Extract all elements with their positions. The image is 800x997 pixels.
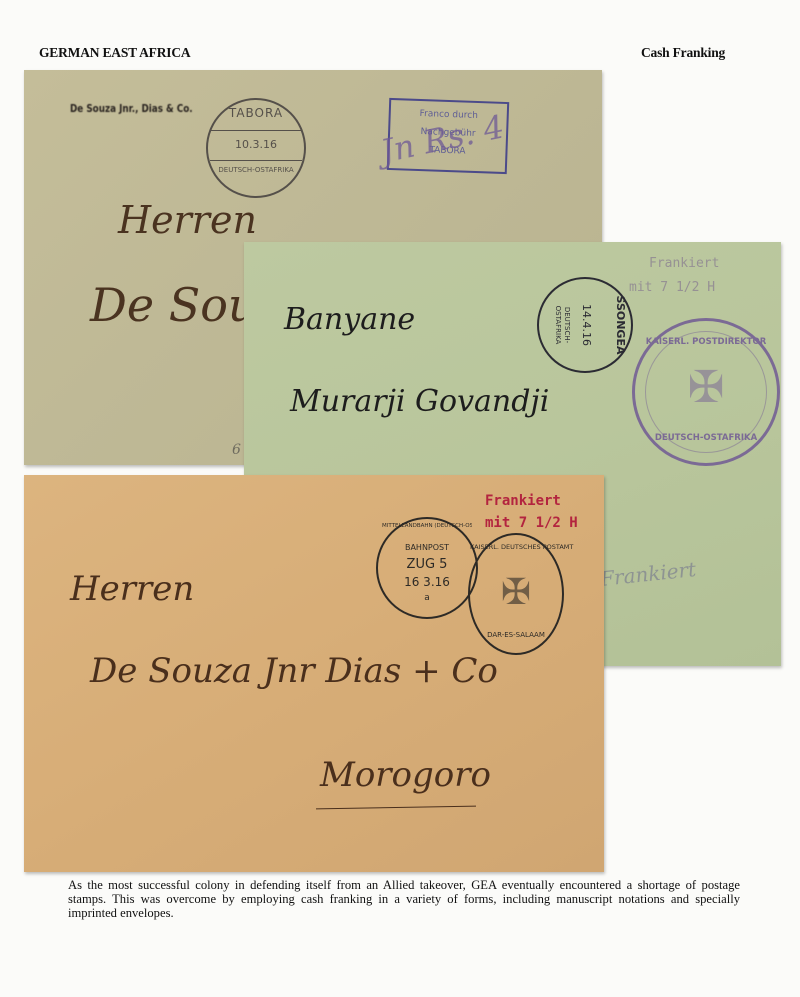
pencil-notation: Frankiert <box>599 557 697 591</box>
sender-imprint: De Souza Jnr., Dias & Co. <box>70 102 193 115</box>
seal-postamt: KAISERL. DEUTSCHES POSTAMT ✠ DAR-ES-SALA… <box>468 533 564 655</box>
railway-postmark: BAHNPOST ZUG 5 16 3.16 a MITTELLANDBAHN … <box>376 517 478 619</box>
envelope-dar-es-salaam: Frankiert mit 7 1/2 H BAHNPOST ZUG 5 16 … <box>24 475 604 872</box>
postmark-ssongea: SSONGEA 14.4.16 DEUTSCH-OSTAFRIKA <box>537 277 633 373</box>
address-line-1: Banyane <box>284 302 415 337</box>
corner-note: 6 <box>232 442 241 458</box>
frankiert-cachet-faint: Frankiert <box>649 256 719 271</box>
address-line-2: De Souza Jnr Dias + Co <box>90 651 498 691</box>
address-line-1: Herren <box>118 198 257 242</box>
eagle-icon: ✠ <box>496 567 536 617</box>
eagle-icon: ✠ <box>681 359 731 417</box>
frankiert-cachet: Frankiert <box>485 493 561 509</box>
address-line-3: Morogoro <box>320 755 491 795</box>
page-header-left: GERMAN EAST AFRICA <box>39 45 190 61</box>
underline <box>316 806 476 810</box>
address-line-1: Herren <box>70 569 194 609</box>
seal-postdirektor: KAISERL. POSTDIREKTOR ✠ DEUTSCH-OSTAFRIK… <box>632 318 780 466</box>
rate-cachet: mit 7 1/2 H <box>485 515 578 531</box>
rate-cachet-faint: mit 7 1/2 H <box>629 280 715 295</box>
page-header-right: Cash Franking <box>641 45 725 61</box>
address-line-2: Murarji Govandji <box>290 384 549 419</box>
caption: As the most successful colony in defendi… <box>68 878 740 920</box>
postmark-tabora: TABORA 10.3.16 DEUTSCH-OSTAFRIKA <box>206 98 306 198</box>
